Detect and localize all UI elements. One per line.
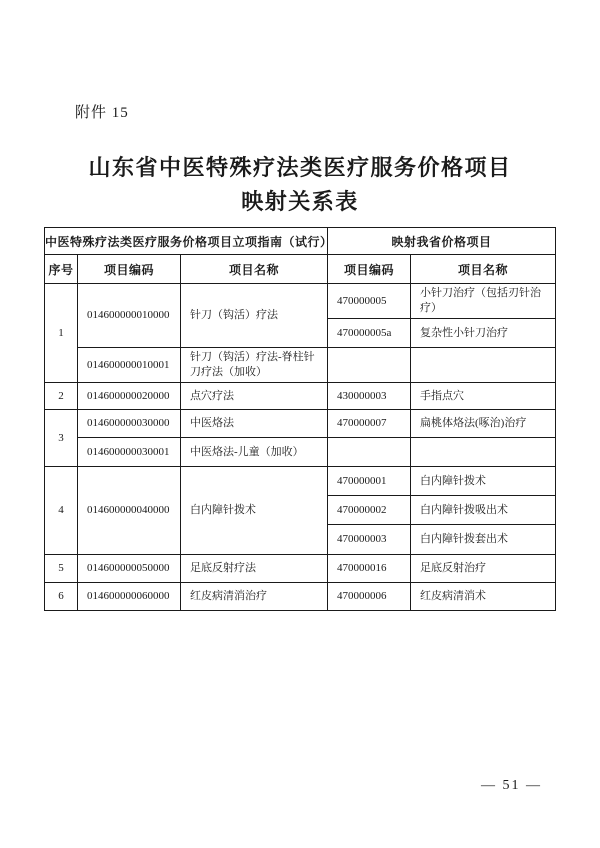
group-header-mapped: 映射我省价格项目	[328, 228, 556, 255]
column-header-mapped-code: 项目编码	[328, 255, 411, 284]
cell-mapped-name: 白内障针拨吸出术	[411, 496, 556, 525]
cell-guide-code: 014600000030000	[78, 410, 181, 438]
cell-mapped-name: 复杂性小针刀治疗	[411, 319, 556, 348]
cell-seq: 3	[45, 410, 78, 467]
table-row: 1014600000010000针刀（钩活）疗法470000005小针刀治疗（包…	[45, 284, 556, 319]
cell-seq: 4	[45, 467, 78, 555]
cell-mapped-name: 白内障针拨套出术	[411, 525, 556, 555]
cell-mapped-name: 扁桃体烙法(啄治)治疗	[411, 410, 556, 438]
cell-guide-code: 014600000010000	[78, 284, 181, 348]
cell-mapped-code: 470000003	[328, 525, 411, 555]
cell-mapped-code: 470000005	[328, 284, 411, 319]
column-header-guide-code: 项目编码	[78, 255, 181, 284]
table-row: 3014600000030000中医烙法470000007扁桃体烙法(啄治)治疗	[45, 410, 556, 438]
cell-seq: 6	[45, 583, 78, 611]
cell-seq: 1	[45, 284, 78, 383]
cell-mapped-name: 小针刀治疗（包括刃针治疗）	[411, 284, 556, 319]
document-title-line1: 山东省中医特殊疗法类医疗服务价格项目	[0, 151, 600, 185]
cell-guide-code: 014600000050000	[78, 555, 181, 583]
cell-mapped-name: 红皮病清消术	[411, 583, 556, 611]
cell-guide-code: 014600000040000	[78, 467, 181, 555]
table-row: 2014600000020000点穴疗法430000003手指点穴	[45, 383, 556, 410]
group-header-row: 中医特殊疗法类医疗服务价格项目立项指南（试行） 映射我省价格项目	[45, 228, 556, 255]
cell-seq: 2	[45, 383, 78, 410]
cell-mapped-name	[411, 438, 556, 467]
cell-mapped-code: 470000016	[328, 555, 411, 583]
mapping-table: 中医特殊疗法类医疗服务价格项目立项指南（试行） 映射我省价格项目 序号 项目编码…	[44, 227, 556, 611]
cell-mapped-code: 470000001	[328, 467, 411, 496]
table-row: 6014600000060000红皮病清消治疗470000006红皮病清消术	[45, 583, 556, 611]
cell-guide-code: 014600000030001	[78, 438, 181, 467]
cell-guide-name: 中医烙法-儿童（加收）	[181, 438, 328, 467]
cell-mapped-name: 白内障针拨术	[411, 467, 556, 496]
cell-mapped-code: 470000005a	[328, 319, 411, 348]
cell-mapped-code	[328, 348, 411, 383]
cell-guide-name: 针刀（钩活）疗法-脊柱针刀疗法（加收）	[181, 348, 328, 383]
table-row: 4014600000040000白内障针拨术470000001白内障针拨术	[45, 467, 556, 496]
column-header-row: 序号 项目编码 项目名称 项目编码 项目名称	[45, 255, 556, 284]
cell-mapped-code: 430000003	[328, 383, 411, 410]
column-header-seq: 序号	[45, 255, 78, 284]
cell-guide-name: 白内障针拨术	[181, 467, 328, 555]
cell-guide-name: 点穴疗法	[181, 383, 328, 410]
cell-mapped-name: 手指点穴	[411, 383, 556, 410]
attachment-label: 附件 15	[75, 101, 129, 122]
document-page: 附件 15 山东省中医特殊疗法类医疗服务价格项目 映射关系表 中医特殊疗法类医疗…	[0, 0, 600, 848]
document-title-line2: 映射关系表	[0, 185, 600, 219]
column-header-guide-name: 项目名称	[181, 255, 328, 284]
table-row: 014600000030001中医烙法-儿童（加收）	[45, 438, 556, 467]
cell-guide-name: 足底反射疗法	[181, 555, 328, 583]
mapping-table-body: 1014600000010000针刀（钩活）疗法470000005小针刀治疗（包…	[45, 284, 556, 611]
cell-guide-code: 014600000020000	[78, 383, 181, 410]
cell-mapped-name: 足底反射治疗	[411, 555, 556, 583]
cell-mapped-code: 470000002	[328, 496, 411, 525]
cell-seq: 5	[45, 555, 78, 583]
cell-guide-name: 红皮病清消治疗	[181, 583, 328, 611]
cell-guide-name: 针刀（钩活）疗法	[181, 284, 328, 348]
cell-mapped-code	[328, 438, 411, 467]
cell-mapped-code: 470000006	[328, 583, 411, 611]
table-row: 014600000010001针刀（钩活）疗法-脊柱针刀疗法（加收）	[45, 348, 556, 383]
column-header-mapped-name: 项目名称	[411, 255, 556, 284]
cell-mapped-code: 470000007	[328, 410, 411, 438]
table-row: 5014600000050000足底反射疗法470000016足底反射治疗	[45, 555, 556, 583]
document-title: 山东省中医特殊疗法类医疗服务价格项目 映射关系表	[0, 151, 600, 219]
cell-guide-code: 014600000060000	[78, 583, 181, 611]
cell-guide-code: 014600000010001	[78, 348, 181, 383]
group-header-guide: 中医特殊疗法类医疗服务价格项目立项指南（试行）	[45, 228, 328, 255]
cell-mapped-name	[411, 348, 556, 383]
mapping-table-header: 中医特殊疗法类医疗服务价格项目立项指南（试行） 映射我省价格项目 序号 项目编码…	[45, 228, 556, 284]
cell-guide-name: 中医烙法	[181, 410, 328, 438]
page-number: — 51 —	[481, 778, 542, 794]
